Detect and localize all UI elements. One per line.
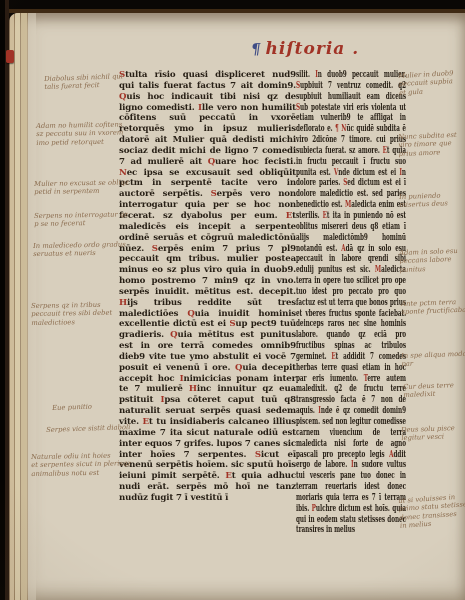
rubricated-letter: H	[119, 298, 127, 308]
margin-note-line: animalibus notu est	[31, 468, 131, 478]
rubricated-letter: S	[343, 178, 347, 188]
margin-note-line: imo petid retorquet	[36, 137, 123, 147]
text-column-right-inner: silit. In duob9 peccauit mulier. Supbiui…	[296, 70, 406, 536]
margin-note-line: misertus deus	[399, 200, 448, 210]
rubricated-letter: E	[143, 417, 149, 427]
rubricated-letter: S	[296, 103, 300, 113]
rubricated-letter: I	[315, 70, 318, 80]
rubricated-letter: H	[189, 384, 197, 394]
text-column-right: silit. In duob9 peccauit mulier. Supbiui…	[296, 70, 406, 536]
rubricated-letter: S	[211, 189, 217, 199]
rubricated-letter: A	[341, 244, 345, 254]
rubricated-letter: ¶	[335, 124, 339, 134]
rubricated-letter: E	[323, 211, 327, 221]
margin-note-right: Adam in solo esupeccans laborepunitus	[399, 247, 458, 274]
margin-note-left: Naturale odiu int hoieset serpentes sicu…	[31, 451, 131, 478]
paraph-mark-icon: ¶	[250, 42, 262, 57]
rubricated-letter: E	[331, 352, 335, 362]
margin-note-right: In puniendomisertus deus	[399, 191, 448, 209]
margin-note-line: maledictioes	[31, 317, 112, 327]
margin-note-left: Adam no humilit cofitenssz peccatu suu i…	[36, 120, 124, 147]
margin-note-left: Diabolus sibi nichil quitalis fuerat fec…	[44, 72, 123, 92]
margin-note-left: Mulier no excusat se obliqzpetid in serp…	[34, 178, 129, 196]
margin-note-left: Serpens qz in tribuspeccauit tres sibi d…	[31, 301, 112, 328]
rubricated-letter: Q	[119, 92, 126, 102]
margin-note-right: Cur deus terremaledixit	[403, 381, 454, 400]
rubricated-letter: V	[334, 168, 338, 178]
margin-note-left: Eue punitio	[52, 403, 92, 413]
rubricated-letter: M	[345, 200, 351, 210]
margin-note-left: Serpens no interrogatur qzp se no fecera…	[34, 210, 128, 228]
book-cover-left-edge	[0, 0, 9, 600]
rubricated-letter: I	[160, 395, 164, 405]
margin-note-right: Nunc subdita estviro timore queprius amo…	[398, 131, 457, 158]
rubricated-letter: I	[351, 460, 354, 470]
rubricated-letter: Q	[170, 330, 177, 340]
rubricated-letter: P	[312, 504, 316, 514]
rubricated-letter: Q	[187, 309, 194, 319]
margin-note-left: In maledicedo ordo gradusseruatus et nue…	[33, 240, 126, 258]
rubricated-letter: M	[375, 265, 381, 275]
rubricated-letter: I	[198, 103, 202, 113]
header-title-text: hiſtoria .	[266, 40, 360, 58]
rubricated-letter: N	[341, 124, 346, 134]
margin-note-line: seruatus et nueris	[33, 249, 126, 259]
red-edge-mark	[6, 50, 14, 63]
rubricated-letter: E	[383, 146, 387, 156]
rubricated-letter: A	[389, 450, 393, 460]
margin-note-right: In spe aliqua modopar	[401, 350, 465, 369]
rubricated-letter: S	[255, 450, 261, 460]
rubricated-letter: S	[229, 319, 235, 329]
rubricated-letter: N	[119, 168, 127, 178]
running-title: ¶ hiſtoria .	[251, 40, 359, 58]
rubricated-letter: E	[286, 211, 292, 221]
margin-note-line: maledixit	[403, 390, 454, 400]
margin-note-line: petid in serpentem	[34, 187, 129, 197]
margin-note-right: Ante pctm terrasponte fructificabat	[401, 298, 465, 317]
rubricated-letter: S	[296, 81, 300, 91]
rubricated-letter: Q	[208, 157, 215, 167]
text-column-left: Stulta rīsio quasi displiceret nud9 qui …	[119, 70, 296, 504]
book-cover-top-edge	[0, 0, 465, 13]
rubricated-letter: I	[399, 168, 402, 178]
rubricated-letter: I	[180, 374, 184, 384]
rubricated-letter: Q	[235, 363, 242, 373]
book-photo: ¶ hiſtoria . Stulta rīsio quasi displice…	[0, 0, 465, 600]
margin-note-right: Mulier in duob9peccauit supbiaet gula	[398, 69, 455, 97]
rubricated-letter: T	[364, 374, 368, 384]
margin-note-line: p se no fecerat	[34, 219, 128, 229]
margin-note-line: Eue punitio	[52, 403, 92, 413]
margin-note-right: Deus solu piscelegitur vesci	[401, 424, 455, 443]
rubricated-letter: E	[225, 471, 231, 481]
margin-note-right: ut si voluisses inprimo statu stetissesd…	[398, 492, 465, 531]
rubricated-letter: S	[152, 244, 158, 254]
rubricated-letter: I	[318, 406, 321, 416]
